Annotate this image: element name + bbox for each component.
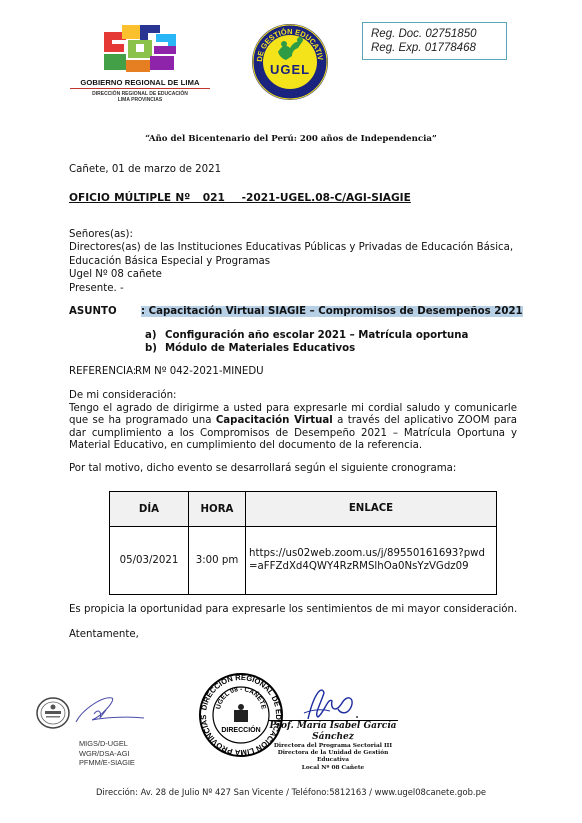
item-marker: a)	[145, 329, 165, 342]
small-signature-icon	[72, 692, 148, 728]
header-enlace: ENLACE	[246, 492, 497, 527]
schedule-header-row: DÍA HORA ENLACE	[110, 492, 497, 527]
ugel-emblem-icon: UNIDAD DE GESTIÓN EDUCATIVA LOCAL Nº 08 …	[250, 22, 330, 102]
gobierno-regional-name: GOBIERNO REGIONAL DE LIMA	[70, 78, 210, 89]
recipient-line: Educación Básica Especial y Programas	[69, 255, 513, 268]
signatory-name: Prof. María Isabel García Sánchez	[268, 720, 398, 743]
motivo-line: Por tal motivo, dicho evento se desarrol…	[69, 462, 456, 475]
asunto-item: a)Configuración año escolar 2021 – Matrí…	[145, 329, 468, 342]
asunto-highlight: : Capacitación Virtual SIAGIE – Compromi…	[141, 306, 523, 317]
header-dia: DÍA	[110, 492, 189, 527]
gobierno-regional-mosaic-icon	[98, 22, 182, 74]
cell-hora: 3:00 pm	[189, 527, 246, 595]
recipient-line: Señores(as):	[69, 228, 513, 241]
asunto-items: a)Configuración año escolar 2021 – Matrí…	[145, 329, 468, 355]
greeting: De mi consideración:	[69, 390, 517, 403]
item-text: Configuración año escolar 2021 – Matrícu…	[165, 330, 468, 341]
recipients: Señores(as): Directores(as) de las Insti…	[69, 228, 513, 295]
oficio-number: OFICIO MÚLTIPLE Nº 021 -2021-UGEL.08-C/A…	[69, 192, 411, 205]
referencia: REFERENCIA:RM Nº 042-2021-MINEDU	[69, 365, 264, 378]
body-paragraph-bold: Capacitación Virtual	[216, 415, 333, 426]
footer-address: Dirección: Av. 28 de Julio Nº 427 San Vi…	[0, 787, 582, 797]
initials-line: PFMM/E-SIAGIE	[79, 758, 135, 768]
initials-line: WGR/DSA-AGI	[79, 749, 135, 759]
recipient-line: Directores(as) de las Instituciones Educ…	[69, 241, 513, 254]
header-hora: HORA	[189, 492, 246, 527]
oficio-text: OFICIO MÚLTIPLE Nº 021 -2021-UGEL.08-C/A…	[69, 192, 411, 204]
atentamente: Atentamente,	[69, 628, 139, 641]
table-row: 05/03/2021 3:00 pm https://us02web.zoom.…	[110, 527, 497, 595]
asunto-item: b)Módulo de Materiales Educativos	[145, 342, 468, 355]
zoom-link[interactable]: https://us02web.zoom.us/j/89550161693?pw…	[246, 527, 497, 595]
signatory-title-2: Directora de la Unidad de Gestión Educat…	[268, 750, 398, 764]
item-text: Módulo de Materiales Educativos	[165, 343, 355, 354]
year-motto: “Año del Bicentenario del Perú: 200 años…	[0, 134, 582, 144]
signatory-block: Prof. María Isabel García Sánchez Direct…	[268, 720, 398, 772]
reg-doc: Reg. Doc. 02751850	[371, 27, 506, 41]
body-paragraph: Tengo el agrado de dirigirme a usted par…	[69, 403, 517, 453]
gobierno-regional-logo: GOBIERNO REGIONAL DE LIMA DIRECCIÓN REGI…	[70, 22, 210, 107]
item-marker: b)	[145, 342, 165, 355]
asunto-text: : Capacitación Virtual SIAGIE – Compromi…	[141, 305, 523, 318]
recipient-line: Ugel Nº 08 cañete	[69, 268, 513, 281]
referencia-label: REFERENCIA:	[69, 365, 135, 378]
director-signature-icon	[300, 683, 360, 723]
initials-block: MIGS/D-UGEL WGR/DSA-AGI PFMM/E-SIAGIE	[79, 739, 135, 768]
ugel-logo: UNIDAD DE GESTIÓN EDUCATIVA LOCAL Nº 08 …	[250, 22, 330, 102]
svg-text:DIRECCIÓN: DIRECCIÓN	[221, 725, 260, 734]
referencia-value: RM Nº 042-2021-MINEDU	[135, 366, 264, 377]
signatory-title-3: Local Nº 08 Cañete	[268, 765, 398, 772]
gobierno-regional-subtitle-2: LIMA PROVINCIAS	[70, 97, 210, 103]
initials-line: MIGS/D-UGEL	[79, 739, 135, 749]
schedule-table: DÍA HORA ENLACE 05/03/2021 3:00 pm https…	[109, 491, 497, 595]
body-text: De mi consideración: Tengo el agrado de …	[69, 390, 517, 453]
cell-dia: 05/03/2021	[110, 527, 189, 595]
closing-line: Es propicia la oportunidad para expresar…	[69, 603, 517, 616]
date-line: Cañete, 01 de marzo de 2021	[69, 163, 221, 176]
svg-text:UGEL: UGEL	[270, 62, 310, 77]
asunto-label: ASUNTO	[69, 305, 117, 318]
reg-exp: Reg. Exp. 01778468	[371, 41, 506, 55]
registration-box: Reg. Doc. 02751850 Reg. Exp. 01778468	[362, 22, 507, 60]
small-seal-icon	[36, 696, 70, 730]
recipient-line: Presente. -	[69, 282, 513, 295]
